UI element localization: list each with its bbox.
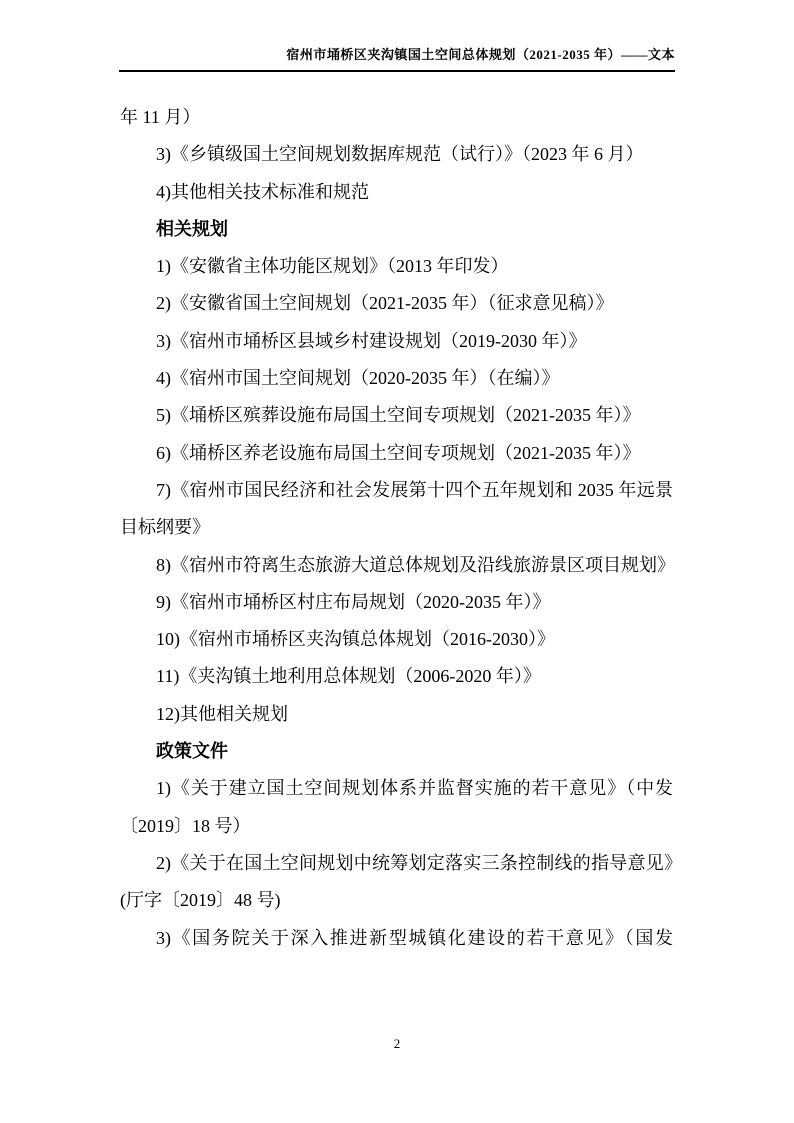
list-item: 4)《宿州市国土空间规划（2020-2035 年）（在编）》 — [120, 360, 673, 397]
list-item: 10)《宿州市埇桥区夹沟镇总体规划（2016-2030）》 — [120, 621, 673, 658]
list-item: 1)《安徽省主体功能区规划》（2013 年印发） — [120, 248, 673, 285]
list-item: 2)《安徽省国土空间规划（2021-2035 年）（征求意见稿）》 — [120, 285, 673, 322]
document-page: 宿州市埇桥区夹沟镇国土空间总体规划（2021-2035 年）——文本 年 11 … — [0, 0, 794, 1123]
page-header: 宿州市埇桥区夹沟镇国土空间总体规划（2021-2035 年）——文本 — [119, 46, 675, 72]
section-heading: 政策文件 — [120, 733, 673, 770]
list-item: 2)《关于在国土空间规划中统筹划定落实三条控制线的指导意见》(厅字〔2019〕4… — [120, 845, 673, 920]
list-item: 1)《关于建立国土空间规划体系并监督实施的若干意见》（中发〔2019〕18 号） — [120, 770, 673, 845]
document-body: 年 11 月） 3)《乡镇级国土空间规划数据库规范（试行）》（2023 年 6 … — [120, 99, 673, 957]
list-item: 7)《宿州市国民经济和社会发展第十四个五年规划和 2035 年远景目标纲要》 — [120, 472, 673, 547]
list-item: 3)《宿州市埇桥区县域乡村建设规划（2019-2030 年）》 — [120, 323, 673, 360]
list-item: 4)其他相关技术标准和规范 — [120, 174, 673, 211]
paragraph-continuation: 年 11 月） — [120, 99, 673, 136]
list-item: 11)《夹沟镇土地利用总体规划（2006-2020 年）》 — [120, 658, 673, 695]
list-item: 6)《埇桥区养老设施布局国土空间专项规划（2021-2035 年）》 — [120, 435, 673, 472]
list-item: 12)其他相关规划 — [120, 696, 673, 733]
list-item: 3)《乡镇级国土空间规划数据库规范（试行）》（2023 年 6 月） — [120, 136, 673, 173]
list-item: 9)《宿州市埇桥区村庄布局规划（2020-2035 年）》 — [120, 584, 673, 621]
section-heading: 相关规划 — [120, 211, 673, 248]
list-item: 5)《埇桥区殡葬设施布局国土空间专项规划（2021-2035 年）》 — [120, 397, 673, 434]
header-title: 宿州市埇桥区夹沟镇国土空间总体规划（2021-2035 年）——文本 — [286, 47, 675, 62]
list-item: 8)《宿州市符离生态旅游大道总体规划及沿线旅游景区项目规划》 — [120, 547, 673, 584]
page-number: 2 — [394, 1036, 401, 1051]
list-item-truncated: 3)《国务院关于深入推进新型城镇化建设的若干意见》（国发 — [120, 920, 673, 957]
page-footer: 2 — [0, 1036, 794, 1052]
